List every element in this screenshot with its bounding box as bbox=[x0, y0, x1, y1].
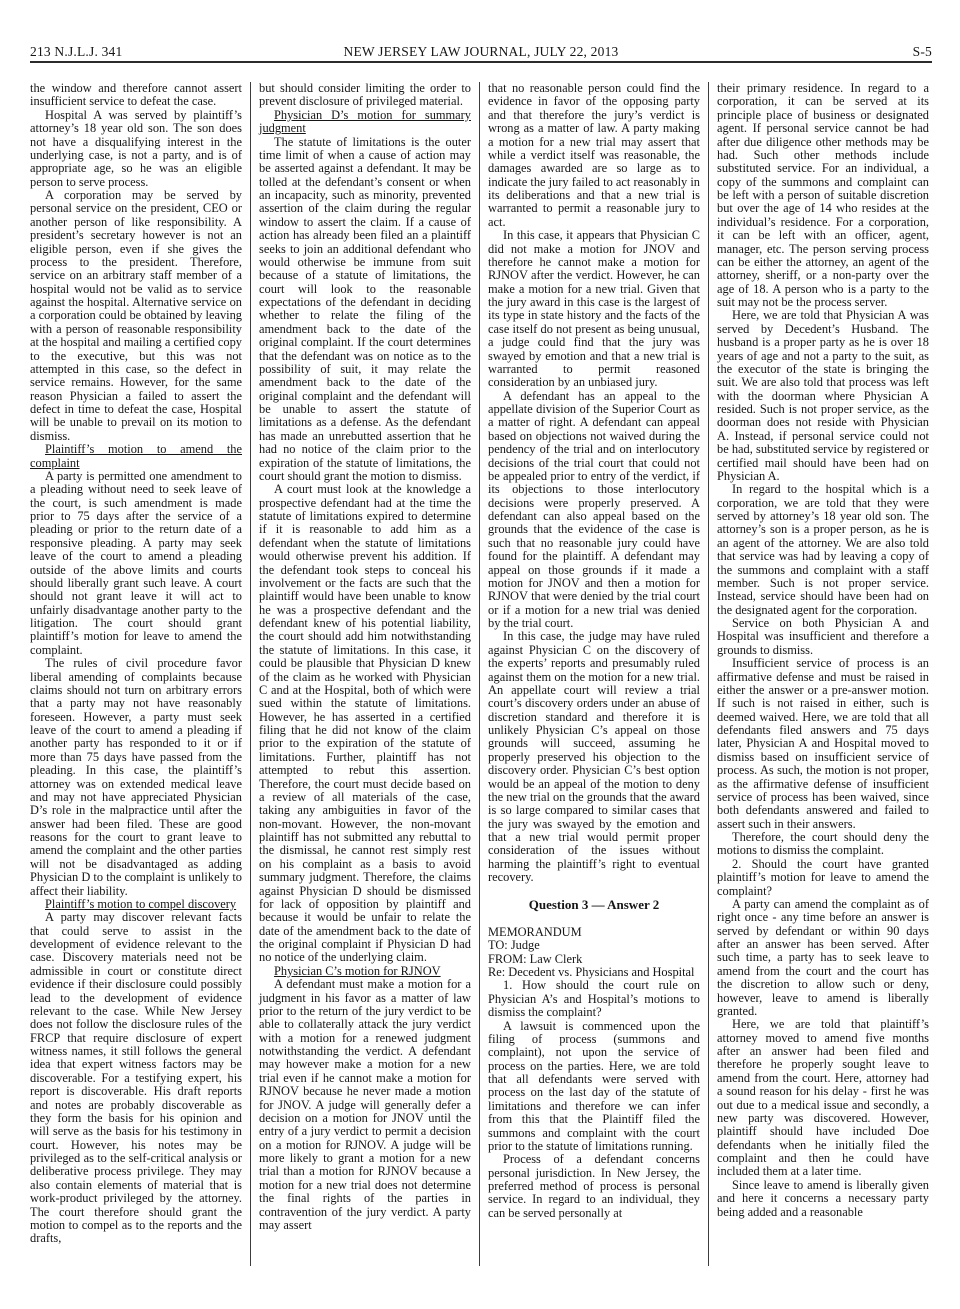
paragraph: A lawsuit is commenced upon the filing o… bbox=[488, 1020, 700, 1154]
paragraph: The statute of limitations is the outer … bbox=[259, 136, 471, 484]
paragraph: Here, we are told that Physician A was s… bbox=[717, 309, 929, 483]
paragraph: A party may discover relevant facts that… bbox=[30, 911, 242, 1245]
paragraph: A defendant must make a motion for a jud… bbox=[259, 978, 471, 1232]
paragraph: Insufficient service of process is an af… bbox=[717, 657, 929, 831]
text-column-1: the window and therefore cannot assert i… bbox=[30, 82, 242, 1266]
paragraph: 2. Should the court have granted plainti… bbox=[717, 858, 929, 898]
memo-line: FROM: Law Clerk bbox=[488, 953, 700, 966]
paragraph: A party can amend the complaint as of ri… bbox=[717, 898, 929, 1018]
paragraph: Since leave to amend is liberally given … bbox=[717, 1179, 929, 1219]
paragraph-continuation: but should consider limiting the order t… bbox=[259, 82, 471, 109]
journal-header: 213 N.J.L.J. 341 NEW JERSEY LAW JOURNAL,… bbox=[30, 44, 932, 59]
paragraph-continuation: that no reasonable person could find the… bbox=[488, 82, 700, 229]
journal-title: NEW JERSEY LAW JOURNAL, JULY 22, 2013 bbox=[256, 44, 707, 59]
memo-line: Re: Decedent vs. Physicians and Hospital bbox=[488, 966, 700, 979]
text-column-2: but should consider limiting the order t… bbox=[250, 82, 471, 1266]
answer-heading: Question 3 — Answer 2 bbox=[488, 898, 700, 911]
paragraph: A party is permitted one amendment to a … bbox=[30, 470, 242, 657]
paragraph-continuation: their primary residence. In regard to a … bbox=[717, 82, 929, 309]
paragraph: In regard to the hospital which is a cor… bbox=[717, 483, 929, 617]
section-heading: Plaintiff’s motion to compel discovery bbox=[30, 898, 242, 911]
paragraph: A defendant has an appeal to the appella… bbox=[488, 390, 700, 631]
section-heading: Physician C’s motion for RJNOV bbox=[259, 965, 471, 978]
text-column-4: their primary residence. In regard to a … bbox=[708, 82, 929, 1266]
paragraph: Therefore, the court should deny the mot… bbox=[717, 831, 929, 858]
paragraph: Here, we are told that plaintiff’s attor… bbox=[717, 1018, 929, 1179]
article-columns: the window and therefore cannot assert i… bbox=[30, 82, 929, 1266]
citation-number: 213 N.J.L.J. 341 bbox=[30, 44, 256, 59]
paragraph: A corporation may be served by personal … bbox=[30, 189, 242, 443]
memo-line: MEMORANDUM bbox=[488, 926, 700, 939]
section-heading: Physician D’s motion for summary judgmen… bbox=[259, 109, 471, 136]
paragraph: Service on both Physician A and Hospital… bbox=[717, 617, 929, 657]
paragraph: 1. How should the court rule on Physicia… bbox=[488, 979, 700, 1019]
paragraph: In this case, it appears that Physician … bbox=[488, 229, 700, 390]
memo-line: TO: Judge bbox=[488, 939, 700, 952]
newspaper-page: 213 N.J.L.J. 341 NEW JERSEY LAW JOURNAL,… bbox=[0, 0, 960, 1309]
paragraph: Process of a defendant concerns personal… bbox=[488, 1153, 700, 1220]
section-heading: Plaintiff’s motion to amend the complain… bbox=[30, 443, 242, 470]
paragraph: The rules of civil procedure favor liber… bbox=[30, 657, 242, 898]
paragraph: Hospital A was served by plaintiff’s att… bbox=[30, 109, 242, 189]
paragraph: A court must look at the knowledge a pro… bbox=[259, 483, 471, 965]
header-rule bbox=[30, 61, 932, 63]
paragraph: In this case, the judge may have ruled a… bbox=[488, 630, 700, 884]
paragraph-continuation: the window and therefore cannot assert i… bbox=[30, 82, 242, 109]
page-number: S-5 bbox=[707, 44, 933, 59]
text-column-3: that no reasonable person could find the… bbox=[479, 82, 700, 1266]
